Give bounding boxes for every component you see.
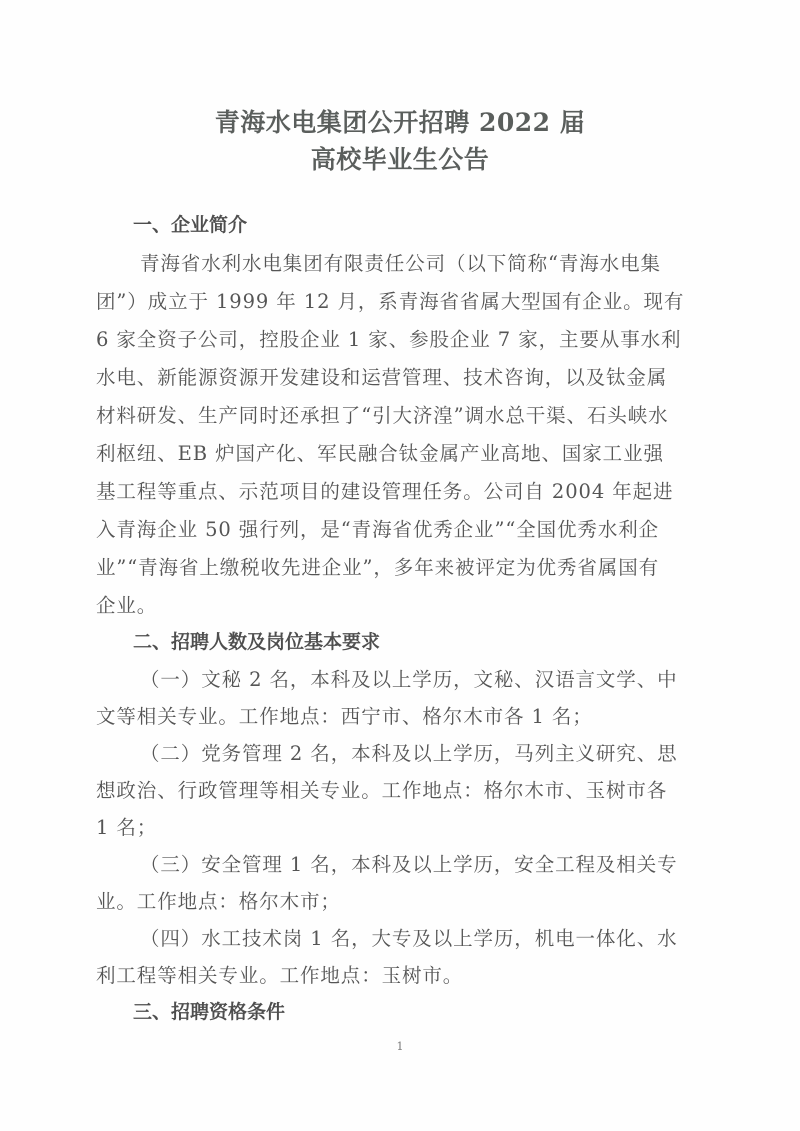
section-heading-qualifications: 三、招聘资格条件	[133, 997, 285, 1024]
document-title-line-2: 高校毕业生公告	[0, 140, 800, 176]
section-heading-company-intro: 一、企业简介	[133, 210, 247, 237]
position-line: （四）水工技术岗 1 名，大专及以上学历，机电一体化、水	[140, 923, 678, 951]
position-line: （一）文秘 2 名，本科及以上学历，文秘、汉语言文学、中	[140, 664, 678, 692]
position-line: （二）党务管理 2 名，本科及以上学历，马列主义研究、思	[140, 738, 678, 766]
position-line: 1 名；	[96, 812, 157, 840]
section-heading-recruitment-positions: 二、招聘人数及岗位基本要求	[133, 627, 380, 654]
paragraph-line: 利枢纽、EB 炉国产化、军民融合钛金属产业高地、国家工业强	[96, 438, 664, 466]
paragraph-line: 水电、新能源资源开发建设和运营管理、技术咨询，以及钛金属	[96, 362, 667, 390]
paragraph-line: 团”）成立于 1999 年 12 月，系青海省省属大型国有企业。现有	[96, 286, 684, 314]
position-line: 想政治、行政管理等相关专业。工作地点：格尔木市、玉树市各	[96, 775, 667, 803]
paragraph-line: 6 家全资子公司，控股企业 1 家、参股企业 7 家，主要从事水利	[96, 324, 681, 352]
position-line: 业。工作地点：格尔木市；	[96, 886, 341, 914]
position-line: （三）安全管理 1 名，本科及以上学历，安全工程及相关专	[140, 849, 678, 877]
page-number: 1	[0, 1040, 800, 1053]
paragraph-line: 业”“青海省上缴税收先进企业”，多年来被评定为优秀省属国有	[96, 552, 659, 580]
paragraph-line: 企业。	[96, 590, 157, 618]
position-line: 文等相关专业。工作地点：西宁市、格尔木市各 1 名；	[96, 701, 593, 729]
paragraph-line: 基工程等重点、示范项目的建设管理任务。公司自 2004 年起进	[96, 476, 673, 504]
document-title-line-1: 青海水电集团公开招聘 2022 届	[0, 103, 800, 139]
paragraph-line: 材料研发、生产同时还承担了“引大济湟”调水总干渠、石头峡水	[96, 400, 669, 428]
paragraph-line: 青海省水利水电集团有限责任公司（以下简称“青海水电集	[140, 248, 661, 276]
document-page: 青海水电集团公开招聘 2022 届 高校毕业生公告 一、企业简介 青海省水利水电…	[0, 0, 800, 1131]
position-line: 利工程等相关专业。工作地点：玉树市。	[96, 960, 463, 988]
paragraph-line: 入青海企业 50 强行列，是“青海省优秀企业”“全国优秀水利企	[96, 514, 659, 542]
